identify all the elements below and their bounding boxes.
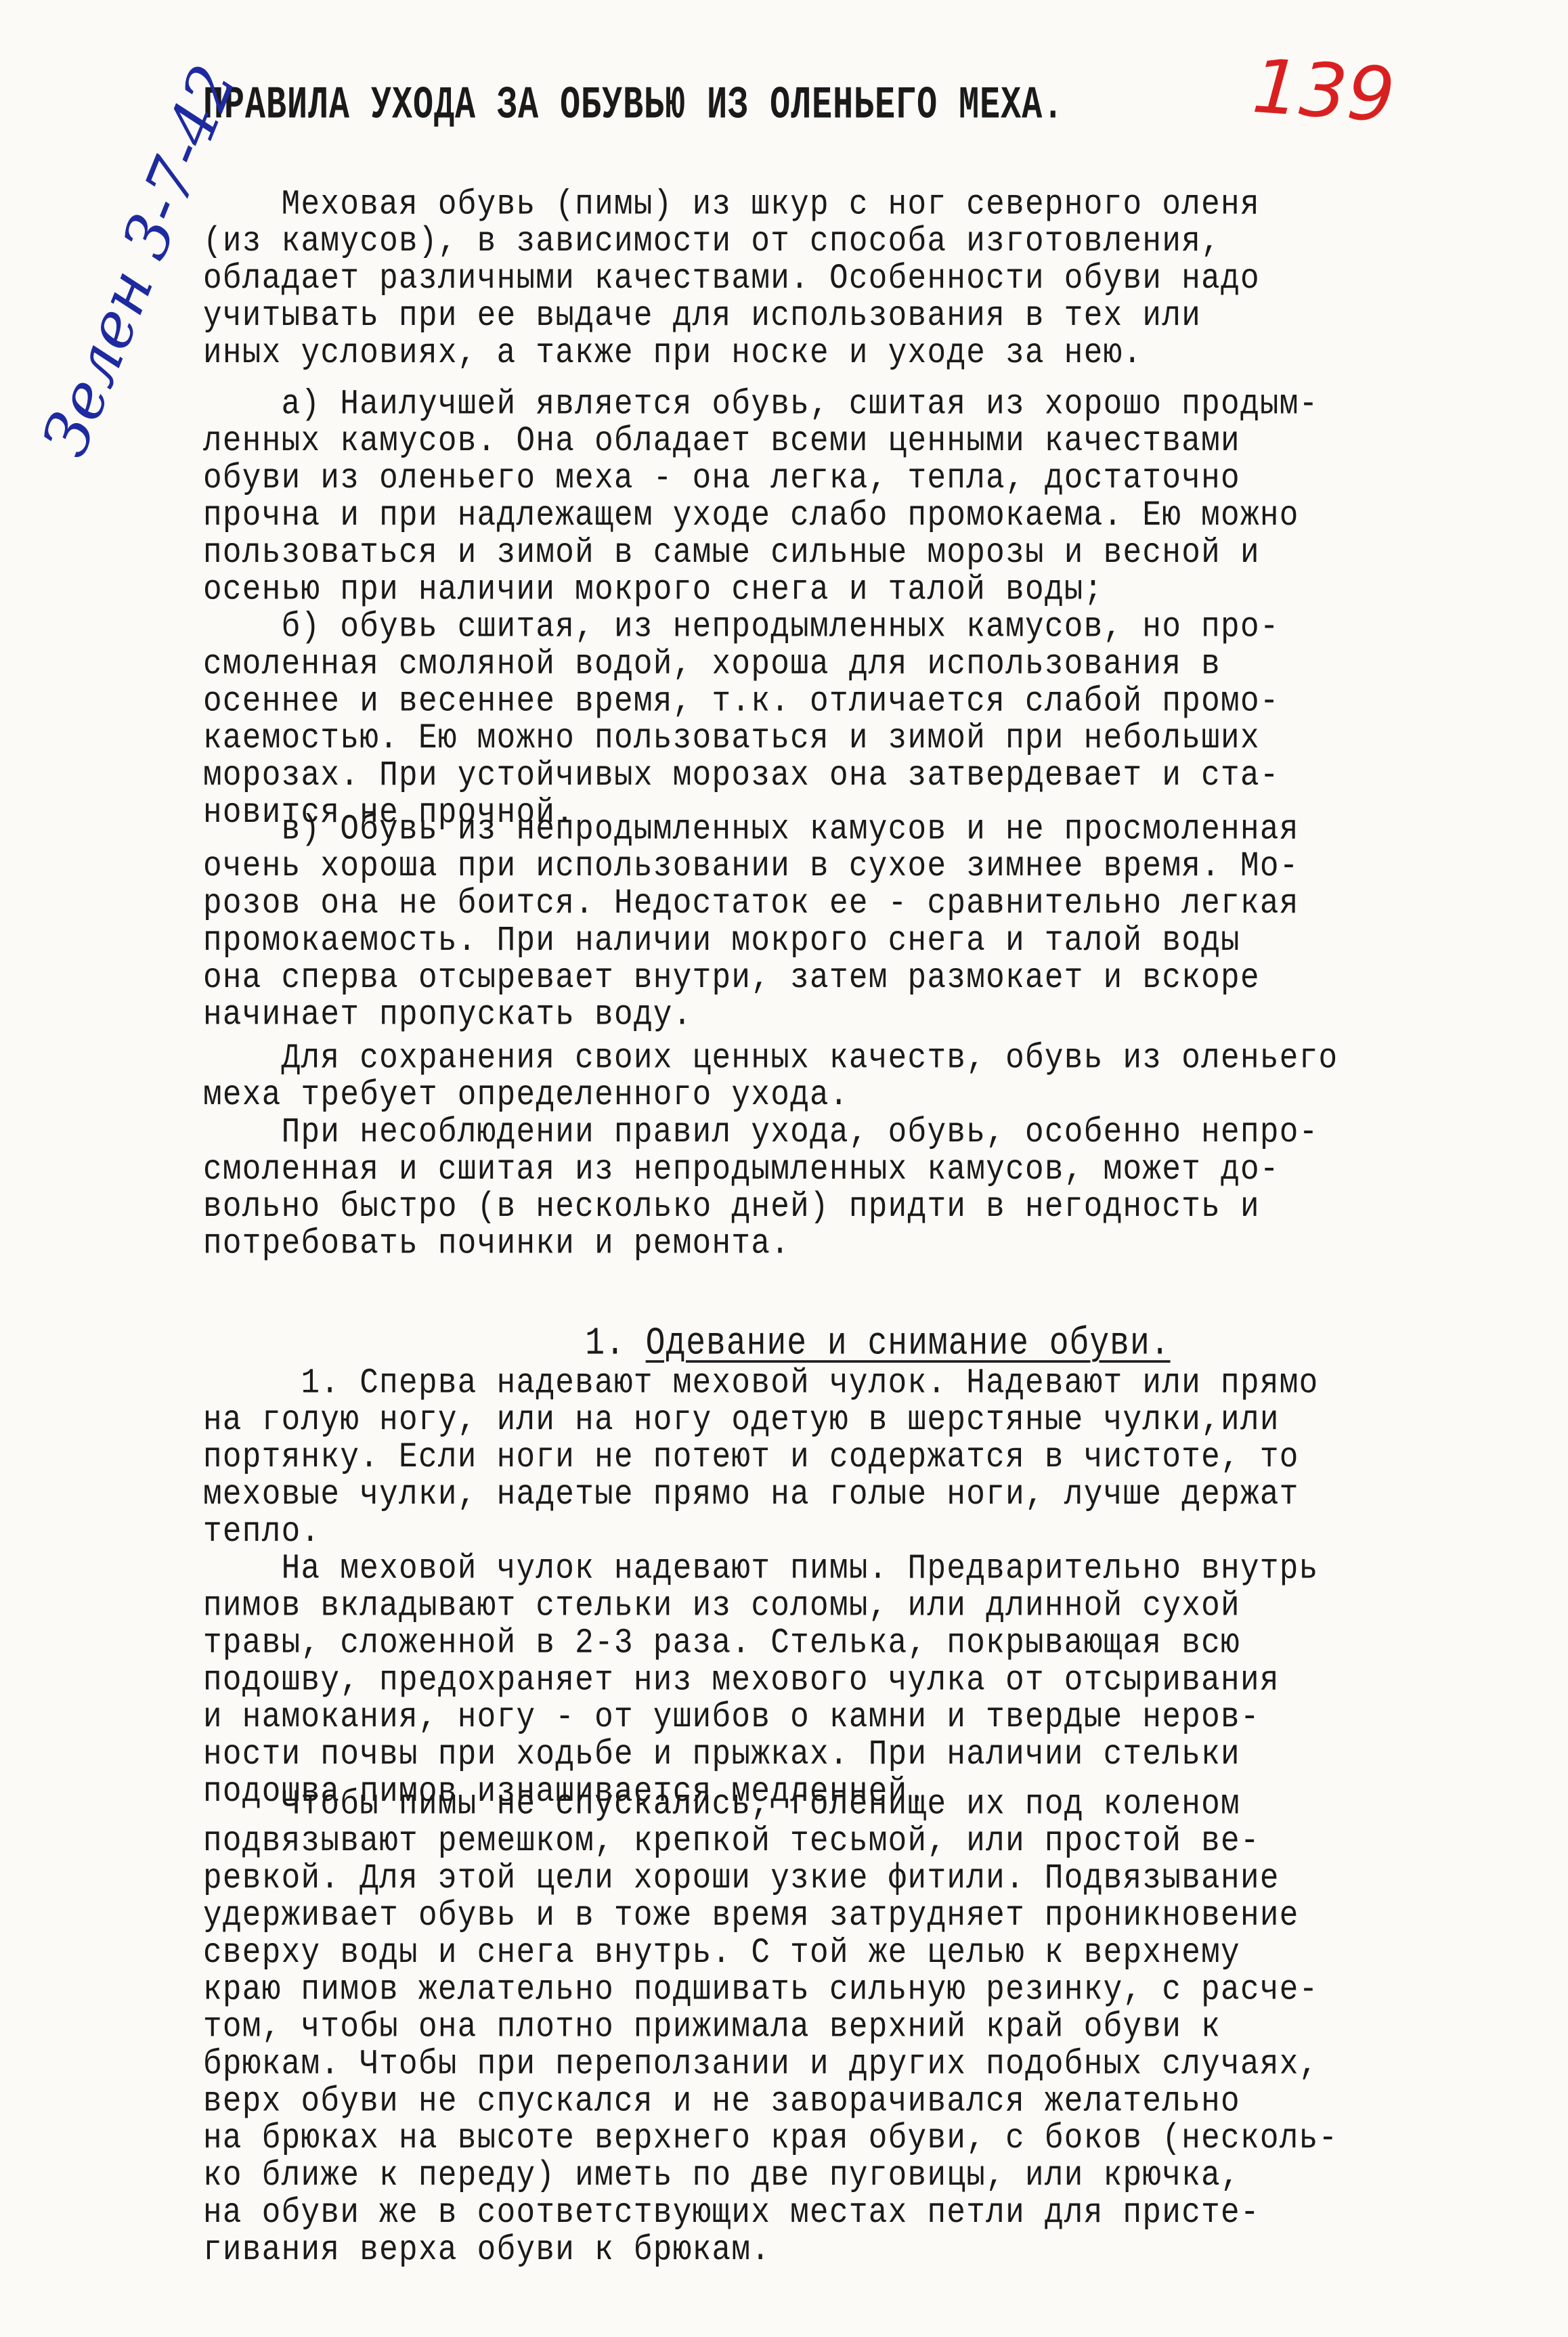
- paragraph-types-a-b: а) Наилучшей является обувь, сшитая из х…: [203, 386, 1530, 832]
- document-page: ПРАВИЛА УХОДА ЗА ОБУВЬЮ ИЗ ОЛЕНЬЕГО МЕХА…: [0, 0, 1568, 2337]
- paragraph-intro: Меховая обувь (пимы) из шкур с ног север…: [203, 186, 1530, 372]
- handwritten-margin-annotation: Зелен 3-7-42: [28, 175, 202, 466]
- section-heading-text: Одевание и снимание обуви.: [646, 1322, 1171, 1366]
- document-title: ПРАВИЛА УХОДА ЗА ОБУВЬЮ ИЗ ОЛЕНЬЕГО МЕХА…: [203, 80, 1064, 132]
- paragraph-step-1: 1. Сперва надевают меховой чулок. Надева…: [203, 1365, 1530, 1811]
- section-number: 1.: [585, 1322, 645, 1366]
- paragraph-care-note: Для сохранения своих ценных качеств, обу…: [203, 1040, 1530, 1263]
- paragraph-straps: Чтобы пимы не спускались, голенище их по…: [203, 1786, 1530, 2269]
- page-number-stamp: 139: [1250, 43, 1397, 139]
- paragraph-type-v: в) Обувь из непродымленных камусов и не …: [203, 811, 1530, 1034]
